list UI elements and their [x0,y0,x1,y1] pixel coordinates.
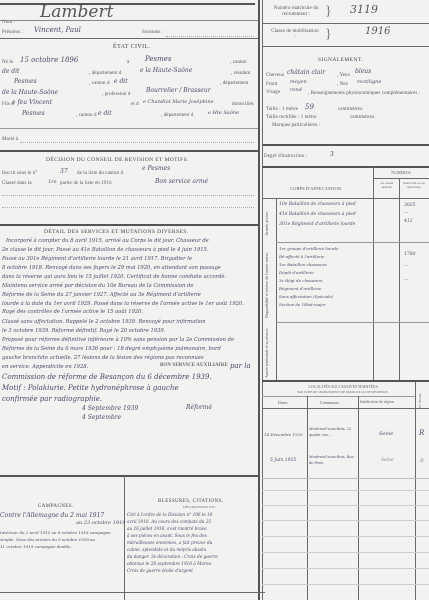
blessures-line: calme, splendide et du mépris absolu [127,547,206,552]
services-line: Classé sans affectation. Rappelé le 2 oc… [2,319,205,325]
affectation-entry: 41e Bataillon de chasseurs à pied [279,212,356,217]
classe-mobilisation-value: 1916 [365,26,390,37]
ne-le-value: 15 octobre 1896 [20,56,78,64]
liste-label: de la liste du canton d [77,171,123,176]
affectation-entry: Sans affectation (Spéciale) [279,294,333,299]
etat-civil-title: ÉTAT CIVIL. [113,44,150,50]
localites-row-rule-3 [262,505,429,506]
services-line: 2e classe le dit jour. Passé au 41e Bata… [2,247,209,253]
blessures-line: Croix de guerre étoile d'argent [127,568,193,573]
visage-label: Visage [266,90,280,95]
inscrit-label: Inscrit sous le n° [2,171,37,176]
services-line: le 3 octobre 1939. Réformé définitif. Ra… [2,328,165,334]
armee-active-label: Armée active. [264,211,269,236]
liste-value: e Pesmes [142,165,170,172]
col-numero-header: N° d'ordre [418,393,422,408]
campagnes-line: au 23 octobre 1919 [76,520,125,526]
armee-active-rule [276,242,429,243]
localite-date: 5 Juin 1925 [270,458,296,463]
services-line: Réforme de la Seine du 27 janvier 1927. … [2,292,201,298]
yeux-value: bleus [355,68,371,75]
visage-value: rond [290,87,302,93]
cheveux-value: châtain clair [287,69,325,76]
localites-row-rule-4 [262,520,429,521]
localites-subtitle: PAR SUITE DE CHANGEMENTS DE DOMICILE OU … [268,390,418,394]
etat-civil-bottom-rule [0,150,258,152]
affectation-side-divider [276,198,277,380]
col-carnet-header: au carnet spécial. [376,181,398,189]
localites-header-rule-2 [262,408,429,409]
front-label: Front [266,82,277,87]
affectation-entry: 1er Bataillon chasseurs [279,262,327,267]
armee-territoriale-label: Armée territoriale et sa réserve. [264,327,269,378]
services-line: Réforme de la Seine du 6 mars 1936 pour … [2,346,221,352]
localites-row-rule-6 [262,552,429,553]
departement2-label: , département [220,81,249,86]
affectation-header-rule [262,198,429,199]
services-line: Maintenu service armé par décision du 10… [2,283,193,289]
services-line: Commission de réforme de Besançon du 6 d… [2,373,212,381]
services-line: gauche bronchite actuelle. 27 lésions de… [2,355,204,361]
residant-value: Pesmes [14,78,37,85]
front-value: moyen [290,79,307,85]
campagnes-line: Contre l'Allemagne du 2 mai 1917 [0,512,104,519]
degre-instruction-label: Degré d'instruction : [264,154,307,159]
matricule-rule-1 [262,23,429,24]
localites-row-rule-1 [262,478,429,479]
left-right-divider [258,0,260,600]
nez-label: , Nez [337,82,348,87]
a-value: Pesmes [145,55,172,63]
partie-label: partie de la liste en 1916 [60,181,112,186]
localites-col-divider-2 [358,396,359,600]
blessures-line: du danger. 3e décoration : Croix de guer… [127,554,218,559]
col-communes-header: Communes. [320,400,340,405]
canton-value: de dit [2,68,19,75]
blessures-line: au 26 juillet 1918, s'est montré brave [127,526,207,531]
matricule-bracket-1: } [325,4,332,20]
services-line: en service. Appendicite en 1928. [2,364,88,370]
services-line: Passé au 301e Régiment d'artillerie lour… [2,256,192,262]
numeros-title: NUMÉROS [375,171,427,175]
localites-title: LOCALITÉS SUCCESSIVES HABITÉES [268,385,418,389]
localite-num: R [419,429,424,437]
blessures-subtitle: DÉCORATIONS, ETC. [170,505,230,509]
inscrit-value: 37 [60,168,68,175]
nom-underline [0,20,258,21]
nom-field: Nom : [2,10,15,28]
residant-label: , résidant [231,71,250,76]
localite-date: 14 Décembre 1920 [264,432,303,437]
campagnes-bottom-rule [0,592,265,593]
decision-bottom-rule [0,224,258,226]
corps-affectation-title: CORPS D'AFFECTATION. [290,186,342,191]
domicilies-label: domiciliés [232,102,254,107]
campagnes-line: 11 octobre 1919 campagne double. [0,544,72,549]
localites-row-rule-7 [262,568,429,569]
localite-commune: Montreuil-sous-Bois, Rue de Paris [309,454,357,466]
fils-value: e feu Vincent [12,99,52,106]
nez-value: rectiligne [357,79,381,85]
affectation-entry: 301e Régiment d'artillerie lourde [279,222,355,227]
canton-label: , canton [230,60,247,65]
localite-commune: Montreuil-sous-Bois, 22 quater rue ... [309,426,357,438]
et-de-value: e Chandiot Marie Joséphine [143,99,214,105]
prenoms-label: Prénoms : [2,30,23,35]
decision-dots-1 [2,195,254,196]
services-line: confirmée par radiographie. [2,395,102,403]
blessures-title: BLESSURES, CITATIONS, [158,499,223,504]
affectation-number: --- [404,264,409,269]
numeros-rule [373,178,429,179]
partie-value: Bon service armé [155,178,208,185]
canton3-label: , canton d [76,113,97,118]
taille-rectifiee-label: Taille rectifiée : 1 mètre [266,115,317,120]
campagnes-title: CAMPAGNES. [38,504,74,509]
services-line: Proposé pour réforme définitive inférieu… [2,337,234,343]
departement-value: e la Haute-Saône [140,67,192,74]
col-dates-header: Dates. [278,400,289,405]
bon-service-suffix: par la [230,362,251,370]
localites-row-rule-5 [262,536,429,537]
blessures-line: obtenue le 28 septembre 1918 à Marne. [127,561,212,566]
marie-label: Marié à [2,137,18,142]
blessures-line: mitrailleuses ennemies, a fait preuve du [127,540,212,545]
affectation-number: 1780 [404,252,415,257]
affectation-entry: 3e Régt de chasseurs [279,278,322,283]
affectation-number: 3025 [404,203,415,208]
numero-matricule-value: 3119 [350,3,378,16]
localites-col-divider-1 [307,396,308,600]
affectation-entry: 10e Bataillon de chasseurs à pied [279,202,356,207]
a-label: à [127,60,129,65]
blessures-line: avril 1918. Au cours des combats du 25 [127,519,211,524]
localites-header-rule-1 [262,396,415,397]
bon-service-auxiliaire-stamp: BON SERVICE AUXILIAIRE [160,363,228,368]
services-bottom-rule [0,475,258,477]
affectation-bottom-rule [262,380,429,382]
profession-value: Bourrelier / Brasseur [146,87,211,94]
departement3-value: de la Haute-Saône [2,89,58,96]
decision-title: DÉCISION DU CONSEIL DE REVISION ET MOTIF… [46,157,189,163]
services-line: lourde à la date du 1er avril 1929. Pass… [2,301,244,307]
blessures-line: Cité à l'ordre de la Division n° 106 le … [127,512,212,517]
affectation-entry: Ré-affecté à l'artillerie [279,254,325,259]
decision-dots-2 [2,207,254,208]
services-line: Rayé des contrôles de l'armée active le … [2,309,143,315]
affectation-entry: Section de l'Etat-major [279,302,326,307]
services-line: Motif : Polakiurie. Petite hydronéphrose… [2,384,179,392]
affectation-col-divider-2 [399,178,400,380]
services-date-2: 4 Septembre [82,414,121,421]
canton2-value: e dit [114,78,128,85]
affectation-number: 412 [404,219,413,224]
renseignements-label: , Renseignements physionomiques compléme… [308,90,428,97]
campagnes-blessures-divider [124,476,125,600]
classe-label: Classé dans la [2,181,32,186]
header-bottom-rule [0,38,258,39]
affectation-entry: Régiment d'artillerie [279,286,321,291]
services-date-1: 4 Septembre 1939 [82,405,138,412]
numero-matricule-label: Numéro matricule du recrutement : [266,6,326,18]
prenoms-value: Vincent, Paul [34,26,81,34]
cheveux-label: Cheveux [266,73,284,78]
blessures-line: à ses pièces en avant. Sous le feu des [127,533,207,538]
affectation-number: --- [404,278,409,283]
col-subdivision-header: Subdivision de région. [360,400,395,404]
affectation-entry: 1er groupe d'artillerie lourde [279,246,338,251]
classe-mobilisation-label: Classe de mobilisation : [270,29,320,41]
profession-label: , profession d [102,92,130,97]
services-line: Incorporé à compter du 8 avril 1915, arr… [6,238,209,244]
etat-civil-rule [0,128,258,129]
matricule-rule-2 [262,46,429,47]
signalement-title: SIGNALEMENT. [318,57,363,63]
localite-subdivision: Seine [381,458,394,463]
top-border [0,3,255,5]
classe-value: 1re [48,179,57,185]
campagnes-line: simple. Zone des armées du 9 octobre 191… [0,537,95,542]
signalement-bottom-rule [262,144,429,146]
services-date-1-suffix: Réformé [186,404,212,411]
canton3-value: e dit [98,110,112,117]
canton2-label: , canton d [89,81,110,86]
localite-subdivision: Seine [379,431,393,437]
instruction-bottom-rule [262,166,429,168]
dispo-rule [276,322,429,323]
departement4-value: e Hte Saône [208,110,239,116]
domicilies-value: Pesmes [22,110,45,117]
taille-rectifiee-unit: centimètres. [350,115,376,120]
localite-num: R [420,458,424,464]
localites-row-rule-2 [262,490,429,491]
campagnes-line: Intérieur du 2 avril 1915 au 8 octobre 1… [0,530,111,535]
disponibilite-reserve-label: Disponibilité et réserve de l'armée acti… [264,252,269,318]
col-matricule-header: matricule ou au répertoire. [401,181,427,189]
affectation-entry: Dépôt d'artillerie [279,270,314,275]
departement4-label: , département d [161,113,193,118]
degre-instruction-value: 3 [330,151,334,158]
ne-le-label: Né le [2,60,13,65]
services-line: dans la réserve qui aura lieu le 15 juil… [2,274,226,280]
marie-dots [20,142,254,143]
marques-label: Marques particulières : [272,123,320,128]
taille-unit: centimètres. [338,107,364,112]
affectation-number: --- [404,211,409,216]
surnoms-label: Surnoms : [142,30,163,35]
taille-value: 59 [305,103,314,111]
services-line: 8 octobre 1918. Renvoyé dans ses foyers … [2,265,221,271]
departement-label: , département d [89,71,121,76]
nom-value: Lambert [40,2,113,22]
services-title: DÉTAIL DES SERVICES ET MUTATIONS DIVERSE… [44,229,188,235]
localites-row-rule-8 [262,584,429,585]
surnoms-dots [166,36,254,37]
matricule-bracket-2: } [325,27,332,43]
et-de-label: et d [131,102,139,107]
yeux-label: , Yeux [337,73,350,78]
taille-label: Taille : 1 mètre [266,107,298,112]
matricule-left-border [262,0,263,600]
